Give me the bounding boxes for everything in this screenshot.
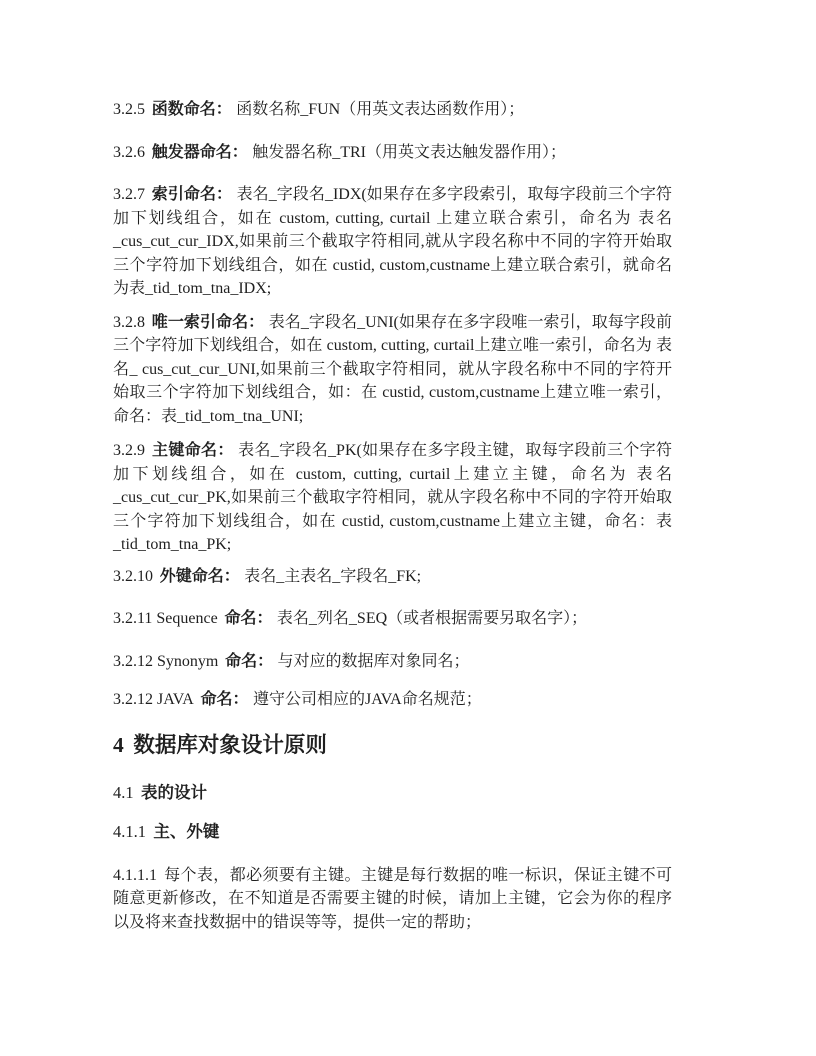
clause-label: 唯一索引命名： — [152, 314, 265, 331]
clause-label: 主键命名： — [152, 442, 234, 459]
clause-label: 函数命名： — [152, 101, 232, 118]
clause-number: 3.2.8 — [113, 314, 145, 331]
clause-number: 3.2.11 Sequence — [113, 610, 218, 627]
clause-number: 4.1.1.1 — [113, 867, 157, 884]
clause-number: 3.2.12 Synonym — [113, 653, 218, 670]
clause-label: 触发器命名： — [152, 144, 248, 161]
clause-primary-key-naming: 3.2.9主键命名：表名_字段名_PK(如果存在多字段主键，取每字段前三个字符加… — [113, 439, 672, 557]
clause-number: 3.2.12 JAVA — [113, 691, 194, 708]
clause-text: 触发器名称_TRI（用英文表达触发器作用）； — [252, 144, 566, 161]
section-heading-table-design: 4.1表的设计 — [113, 781, 672, 806]
clause-text: 遵守公司相应的JAVA命名规范； — [253, 691, 482, 708]
clause-text: 表名_主表名_字段名_FK; — [244, 568, 421, 585]
clause-text: 表名_列名_SEQ（或者根据需要另取名字）； — [277, 610, 587, 627]
clause-number: 3.2.5 — [113, 101, 145, 118]
clause-trigger-naming: 3.2.6触发器命名：触发器名称_TRI（用英文表达触发器作用）； — [113, 141, 672, 165]
clause-number: 3.2.7 — [113, 186, 145, 203]
clause-text: 每个表，都必须要有主键。主键是每行数据的唯一标识，保证主键不可随意更新修改，在不… — [113, 867, 672, 931]
heading-number: 4.1 — [113, 783, 134, 802]
clause-text: 函数名称_FUN（用英文表达函数作用）； — [236, 101, 524, 118]
heading-text: 表的设计 — [141, 784, 207, 802]
heading-number: 4.1.1 — [113, 822, 146, 841]
clause-index-naming: 3.2.7索引命名：表名_字段名_IDX(如果存在多字段索引，取每字段前三个字符… — [113, 183, 672, 301]
clause-number: 3.2.6 — [113, 144, 145, 161]
heading-text: 主、外键 — [153, 823, 219, 841]
clause-label: 命名： — [224, 610, 272, 627]
clause-label: 命名： — [225, 653, 273, 670]
clause-synonym-naming: 3.2.12 Synonym命名：与对应的数据库对象同名； — [113, 650, 672, 674]
clause-function-naming: 3.2.5函数命名：函数名称_FUN（用英文表达函数作用）； — [113, 98, 672, 122]
clause-label: 命名： — [200, 691, 248, 708]
clause-unique-index-naming: 3.2.8唯一索引命名：表名_字段名_UNI(如果存在多字段唯一索引，取每字段前… — [113, 311, 672, 429]
clause-java-naming: 3.2.12 JAVA命名：遵守公司相应的JAVA命名规范； — [113, 688, 672, 712]
clause-foreign-key-naming: 3.2.10外键命名：表名_主表名_字段名_FK; — [113, 565, 672, 589]
heading-text: 数据库对象设计原则 — [133, 733, 327, 757]
heading-number: 4 — [113, 733, 124, 757]
document-page: 3.2.5函数命名：函数名称_FUN（用英文表达函数作用）； 3.2.6触发器命… — [0, 0, 816, 1056]
clause-sequence-naming: 3.2.11 Sequence命名：表名_列名_SEQ（或者根据需要另取名字）； — [113, 607, 672, 631]
clause-number: 3.2.9 — [113, 442, 145, 459]
section-heading-db-object-design: 4数据库对象设计原则 — [113, 731, 672, 759]
clause-label: 索引命名： — [152, 186, 232, 203]
clause-label: 外键命名： — [160, 568, 240, 585]
clause-number: 3.2.10 — [113, 568, 153, 585]
clause-every-table-primary-key: 4.1.1.1每个表，都必须要有主键。主键是每行数据的唯一标识，保证主键不可随意… — [113, 864, 672, 935]
section-heading-primary-foreign-key: 4.1.1主、外键 — [113, 820, 672, 845]
clause-text: 与对应的数据库对象同名； — [278, 653, 470, 670]
